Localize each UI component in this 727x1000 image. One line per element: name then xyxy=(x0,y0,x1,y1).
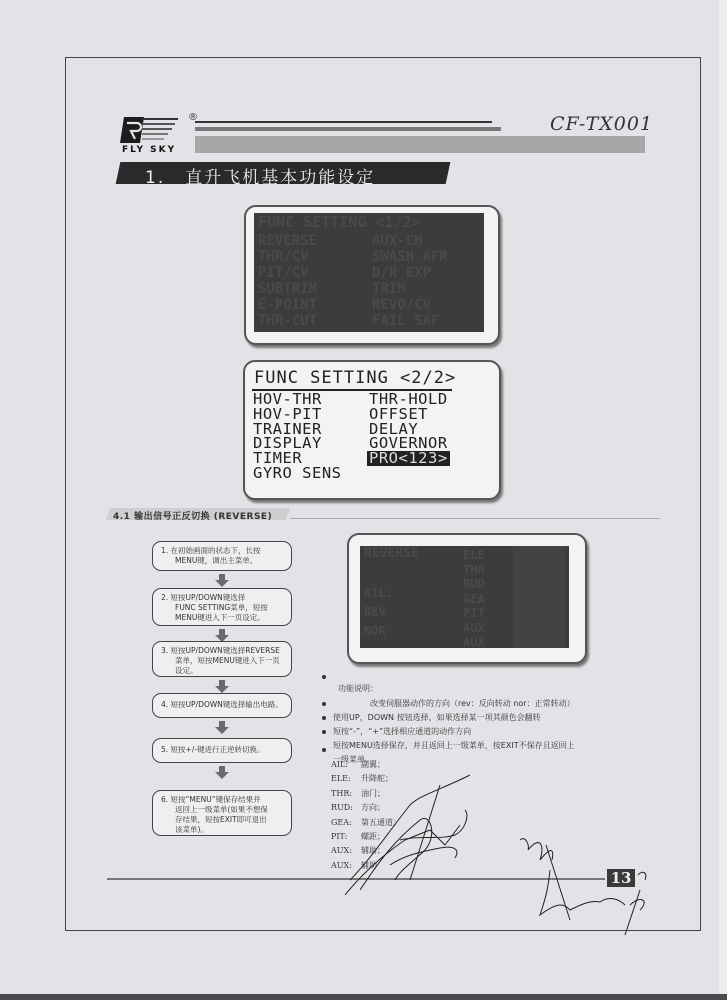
handwritten-signature-icon xyxy=(0,0,727,1000)
